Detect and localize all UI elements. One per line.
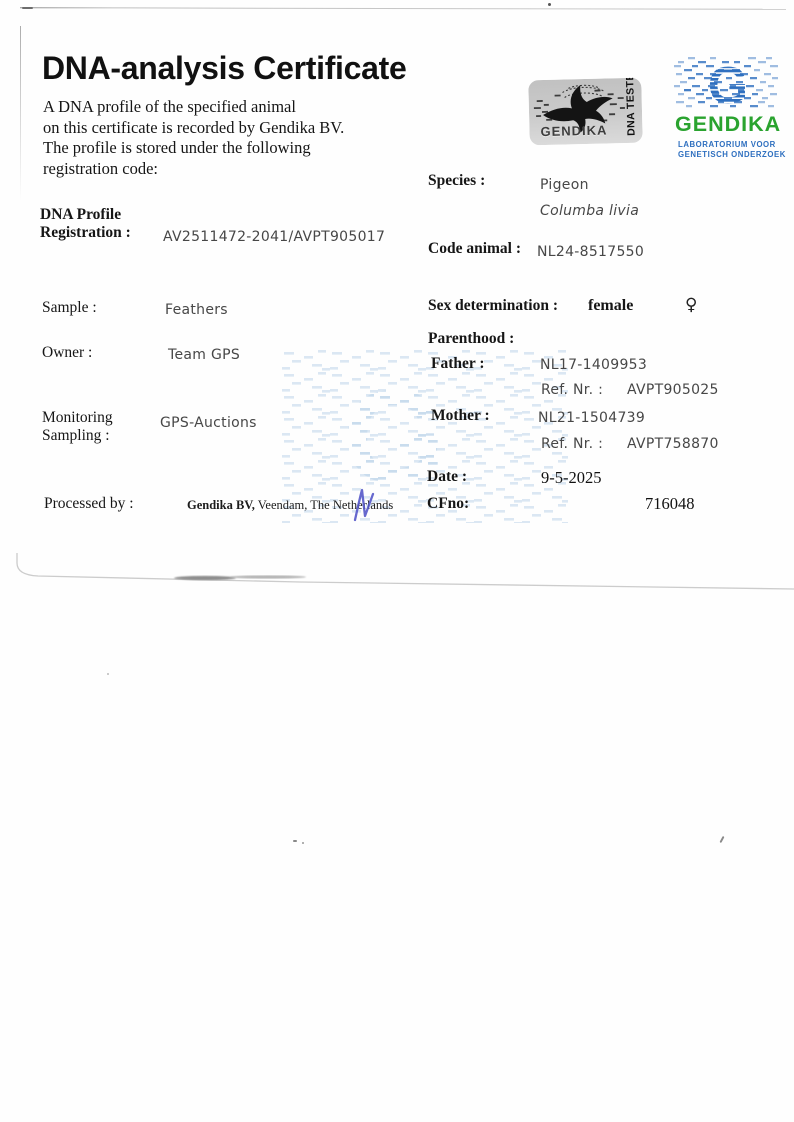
scan-speck [107,673,109,675]
intro-text: A DNA profile of the specified animal on… [43,97,344,179]
scan-speck [293,840,297,842]
field-owner-label: Owner : [42,344,92,362]
page-title: DNA-analysis Certificate [42,50,407,87]
scan-edge-top [20,7,786,10]
field-registration-label: DNA Profile Registration : [40,206,131,242]
field-mother-label: Mother : [431,407,490,425]
field-sample-label: Sample : [42,299,97,317]
field-monitoring-value: GPS-Auctions [160,415,257,431]
field-date-value: 9-5-2025 [541,468,602,488]
field-parenthood-label: Parenthood : [428,330,514,348]
pen-mark-icon [352,488,380,524]
scan-speck [548,3,551,6]
field-mother-ref-label: Ref. Nr. : [541,436,603,452]
field-father-label: Father : [431,355,485,373]
scan-edge-left [20,26,21,201]
field-father-ref-value: AVPT905025 [627,382,719,398]
field-cfno-label: CFno: [427,495,469,513]
logo-letter: G [708,57,748,110]
logo-brand: GENDIKA [675,112,781,137]
field-registration-value: AV2511472-2041/AVPT905017 [163,229,385,245]
intro-line: registration code: [43,159,344,180]
field-father-ref-label: Ref. Nr. : [541,382,603,398]
logo-subtitle-line: LABORATORIUM VOOR [678,140,786,150]
field-processed-label: Processed by : [44,495,134,513]
field-monitoring-label: Monitoring Sampling : [42,409,113,445]
field-species-value: Pigeon [540,177,589,193]
field-sex-value: female [588,297,633,315]
field-sample-value: Feathers [165,302,228,318]
intro-line: on this certificate is recorded by Gendi… [43,118,344,139]
scanned-certificate-page: G DNA-analysis Certificate A DNA profile… [0,0,794,1122]
scan-edge-bottom [0,545,794,600]
sticker-dna-tested-label: DNA TESTED [624,78,638,136]
gendika-sticker: GENDIKA DNA TESTED [528,78,643,146]
scan-edge-top-mark [22,7,33,9]
logo-pixel-g-icon: G [674,57,782,110]
intro-line: A DNA profile of the specified animal [43,97,344,118]
scan-speck [719,836,724,843]
field-date-label: Date : [427,468,467,486]
field-species-label: Species : [428,172,485,190]
scan-speck [302,842,304,844]
female-symbol-icon: ♀ [685,295,697,315]
field-code-animal-value: NL24-8517550 [537,244,644,260]
field-species-latin: Columba livia [540,203,639,219]
field-father-value: NL17-1409953 [540,357,647,373]
logo-subtitle-line: GENETISCH ONDERZOEK [678,150,786,160]
field-owner-value: Team GPS [168,347,240,363]
field-sex-label: Sex determination : [428,297,558,315]
field-mother-ref-value: AVPT758870 [627,436,719,452]
sticker-brand: GENDIKA [540,122,607,139]
field-cfno-value: 716048 [645,494,695,514]
field-code-animal-label: Code animal : [428,240,521,258]
field-mother-value: NL21-1504739 [538,410,645,426]
intro-line: The profile is stored under the followin… [43,138,344,159]
logo-subtitle: LABORATORIUM VOOR GENETISCH ONDERZOEK [678,140,786,159]
